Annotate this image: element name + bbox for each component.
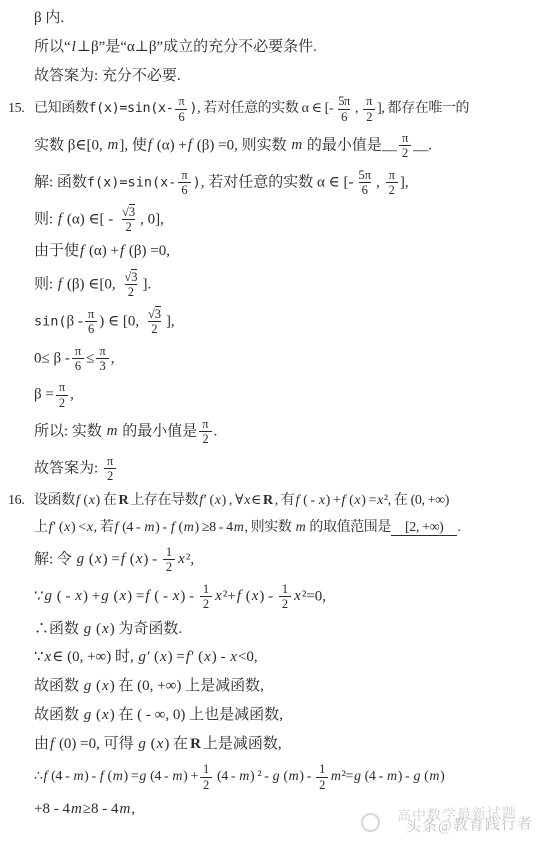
math-variable: m: [386, 769, 398, 784]
text-segment: ′ (: [147, 649, 159, 665]
text-segment: ) -: [155, 520, 170, 535]
text-segment: ) +: [83, 588, 100, 604]
answer-blank: [2, +∞): [391, 520, 457, 536]
text-segment: (: [92, 678, 101, 694]
text-segment: ) =: [124, 769, 139, 784]
math-variable: m: [233, 520, 245, 535]
text-segment: (: [85, 551, 94, 567]
fraction: π2: [199, 417, 211, 447]
text-segment: ( -: [53, 588, 74, 604]
math-variable: g: [83, 678, 93, 694]
text-segment: ) =: [168, 649, 185, 665]
text-segment: ) -: [212, 649, 230, 665]
text-line: 上f′ (x) <x, 若f (4 - m) - f (m) ≥8 - 4m, …: [34, 518, 531, 538]
text-segment: <0,: [238, 649, 258, 665]
text-segment: ) -: [299, 769, 314, 784]
fraction: 12: [200, 582, 212, 612]
fraction: π6: [178, 168, 190, 198]
text-segment: ) 在 ( - ∞, 0) 上也是减函数,: [110, 707, 283, 723]
fraction: π6: [175, 94, 187, 124]
text-segment: ) 为奇函数.: [110, 621, 183, 637]
math-variable: x: [318, 493, 326, 508]
math-function-text: ): [189, 100, 197, 116]
text-segment: ≥8 - 4: [83, 801, 119, 817]
text-line: ∴f (4 - m) - f (m) =g (4 - m) +12 (4 - m…: [34, 762, 531, 792]
text-segment: ∵: [34, 649, 44, 665]
text-segment: β =: [34, 387, 54, 403]
text-segment: (4 -: [362, 769, 386, 784]
text-segment: ) <: [71, 520, 86, 535]
text-segment: (β) =0,: [125, 243, 170, 259]
text-segment: ) ² -: [250, 769, 272, 784]
text-segment: (: [80, 493, 87, 508]
text-segment: β 内.: [34, 10, 64, 26]
math-variable: x: [101, 621, 110, 637]
text-segment: (4 -: [214, 769, 238, 784]
text-segment: 实数 β∈[0,: [34, 137, 106, 153]
text-segment: ) , ∀: [222, 493, 244, 508]
text-segment: (: [280, 769, 287, 784]
text-segment: ) -: [180, 588, 198, 604]
text-segment: , 若对任意的实数 α ∈ [-: [197, 101, 333, 116]
fraction: 12: [316, 762, 328, 792]
text-segment: , 若: [94, 520, 114, 535]
text-segment: 所以: 实数: [34, 423, 106, 439]
text-segment: ,: [131, 801, 135, 817]
math-variable: x: [74, 588, 83, 604]
math-variable: x: [63, 520, 71, 535]
text-line: 故答案为: π2: [34, 454, 531, 484]
text-segment: 故函数: [34, 707, 83, 723]
math-function-text: f(x)=sin(x-: [88, 100, 173, 116]
math-variable: g: [272, 769, 281, 784]
math-variable: m: [106, 137, 119, 153]
text-segment: 故答案为: 充分不必要.: [34, 68, 181, 84]
text-segment: ) -: [259, 588, 277, 604]
text-segment: ²=: [342, 769, 353, 784]
text-segment: (: [92, 707, 101, 723]
fraction-sqrt: √32: [145, 307, 164, 337]
math-set-symbol: R: [261, 493, 275, 508]
text-segment: ∴: [34, 769, 43, 784]
text-segment: ): [440, 769, 444, 784]
text-line: 解: 令 g (x) =f (x) - 12x²,: [34, 545, 531, 575]
question-number: 15.: [8, 99, 34, 119]
fraction: π2: [56, 380, 68, 410]
text-segment: ≤: [86, 350, 94, 366]
math-set-symbol: R: [188, 736, 203, 752]
math-variable: x: [177, 551, 186, 567]
math-variable: m: [290, 137, 303, 153]
fraction: 12: [279, 582, 291, 612]
text-line: 故函数 g (x) 在 (0, +∞) 上是减函数,: [34, 676, 531, 698]
text-segment: ,: [70, 387, 74, 403]
fraction: π3: [96, 344, 108, 374]
math-set-symbol: R: [116, 493, 130, 508]
text-segment: 已知函数: [34, 101, 88, 116]
math-variable: g: [76, 551, 86, 567]
math-variable: m: [183, 520, 195, 535]
math-variable: x: [214, 493, 222, 508]
text-segment: ) =: [103, 551, 120, 567]
fraction: 5π6: [356, 168, 375, 198]
math-variable: g: [100, 588, 110, 604]
text-segment: ²,: [186, 551, 194, 567]
text-segment: ²=0,: [302, 588, 326, 604]
text-segment: ].: [142, 276, 151, 292]
math-variable: g: [44, 588, 54, 604]
text-segment: ², 在 (0, +∞): [384, 493, 449, 508]
math-variable: g: [353, 769, 362, 784]
text-line: 故答案为: 充分不必要.: [34, 66, 531, 88]
fraction: 12: [163, 545, 175, 575]
math-function-text: ): [193, 174, 201, 190]
text-segment: (: [92, 621, 101, 637]
text-segment: , 若对任意的实数 α ∈ [-: [201, 174, 354, 190]
math-variable: x: [94, 551, 103, 567]
text-segment: 由: [34, 736, 49, 752]
fraction: 5π6: [335, 94, 353, 124]
text-segment: ) =: [127, 588, 144, 604]
math-variable: x: [159, 649, 168, 665]
math-variable: x: [203, 649, 212, 665]
text-line: 由f (0) =0, 可得 g (x) 在R上是减函数,: [34, 734, 531, 756]
text-segment: +8 - 4: [34, 801, 70, 817]
text-segment: ) +: [326, 493, 341, 508]
text-segment: 的最小值是: [303, 137, 382, 153]
text-line: 由于使f (α) +f (β) =0,: [34, 241, 531, 263]
text-segment: ′ (: [53, 520, 63, 535]
text-segment: ) 在: [96, 493, 117, 508]
text-segment: 上存在导数: [130, 493, 198, 508]
text-segment: ∴函数: [34, 621, 83, 637]
text-segment: (: [147, 736, 156, 752]
fraction: π2: [363, 94, 375, 124]
math-function-text: sin(: [34, 313, 67, 329]
text-segment: ′ (: [204, 493, 214, 508]
text-line: 故函数 g (x) 在 ( - ∞, 0) 上也是减函数,: [34, 705, 531, 727]
math-variable: m: [330, 769, 342, 784]
text-segment: 解: 令: [34, 551, 76, 567]
text-segment: 由于使: [34, 243, 79, 259]
text-segment: β -: [67, 313, 83, 329]
text-segment: 则:: [34, 211, 57, 227]
fraction: 12: [200, 762, 212, 792]
math-function-text: f(x)=sin(x-: [87, 174, 176, 190]
text-segment: (α) +: [153, 137, 187, 153]
text-segment: ],: [166, 313, 175, 329]
text-segment: 故答案为:: [34, 460, 102, 476]
math-variable: x: [376, 493, 384, 508]
text-segment: ∈ (0, +∞) 时,: [52, 649, 137, 665]
math-variable: g: [137, 649, 147, 665]
math-variable: x: [118, 588, 127, 604]
text-segment: ′ (: [191, 649, 203, 665]
math-variable: m: [288, 769, 300, 784]
math-variable: x: [293, 588, 302, 604]
text-segment: ∈: [251, 493, 261, 508]
text-line: ∴函数 g (x) 为奇函数.: [34, 619, 531, 641]
text-segment: ) -: [84, 769, 99, 784]
text-line: 15.已知函数f(x)=sin(x-π6), 若对任意的实数 α ∈ [-5π6…: [34, 94, 531, 124]
text-segment: (: [126, 551, 135, 567]
text-segment: 则:: [34, 276, 57, 292]
text-segment: , 0],: [140, 211, 164, 227]
math-variable: m: [119, 801, 132, 817]
text-segment: 解: 函数: [34, 174, 87, 190]
text-line: 实数 β∈[0, m], 使f (α) +f (β) =0, 则实数 m 的最小…: [34, 131, 531, 161]
fraction: π2: [386, 168, 398, 198]
math-variable: m: [112, 769, 124, 784]
fraction-sqrt: √32: [121, 270, 140, 300]
text-line: 0≤ β -π6≤π3,: [34, 344, 531, 374]
text-segment: 所以“: [34, 39, 71, 55]
math-variable: x: [229, 649, 238, 665]
text-segment: (4 -: [48, 769, 72, 784]
text-line: 则: f (α) ∈[ - √32, 0],: [34, 205, 531, 235]
math-variable: m: [143, 520, 155, 535]
text-segment: (4 -: [119, 520, 143, 535]
fraction: π6: [85, 307, 97, 337]
text-segment: ) ≥8 - 4: [194, 520, 232, 535]
text-segment: (α) +: [85, 243, 119, 259]
math-variable: x: [101, 678, 110, 694]
text-segment: 上: [34, 520, 48, 535]
text-segment: __.: [413, 137, 432, 153]
math-variable: x: [214, 588, 223, 604]
math-variable: x: [101, 707, 110, 723]
text-segment: .: [457, 520, 460, 535]
text-segment: (: [242, 588, 251, 604]
text-line: 所以“l⊥β”是“α⊥β”成立的充分不必要条件.: [34, 37, 531, 59]
text-segment: 0≤ β -: [34, 350, 70, 366]
text-segment: 的最小值是: [119, 423, 198, 439]
text-segment: ,: [355, 101, 361, 116]
math-variable: m: [295, 520, 307, 535]
math-variable: x: [88, 493, 96, 508]
text-segment: 上是减函数,: [203, 736, 282, 752]
text-segment: ) -: [143, 551, 161, 567]
fraction: π6: [72, 344, 84, 374]
text-segment: 故函数: [34, 678, 83, 694]
math-variable: m: [106, 423, 119, 439]
text-segment: ) =: [361, 493, 376, 508]
text-line: 则: f (β) ∈[0, √32].: [34, 270, 531, 300]
math-variable: g: [138, 769, 147, 784]
math-variable: g: [412, 769, 421, 784]
math-variable: x: [44, 649, 53, 665]
text-segment: 设函数: [34, 493, 75, 508]
text-segment: ) ∈ [0,: [99, 313, 143, 329]
text-segment: ,: [376, 174, 384, 190]
text-segment: (: [104, 769, 111, 784]
text-segment: (β) =0, 则实数: [193, 137, 290, 153]
text-line: 16.设函数f (x) 在R上存在导数f′ (x) , ∀x∈R, 有f ( -…: [34, 491, 531, 511]
math-variable: g: [137, 736, 147, 752]
text-line: 解: 函数f(x)=sin(x-π6), 若对任意的实数 α ∈ [-5π6, …: [34, 168, 531, 198]
text-segment: ,: [111, 350, 115, 366]
text-segment: ) 在: [164, 736, 188, 752]
fraction-sqrt: √32: [119, 205, 138, 235]
text-segment: ],: [400, 174, 409, 190]
math-variable: x: [86, 520, 94, 535]
math-variable: m: [70, 801, 83, 817]
text-segment: ∵: [34, 588, 44, 604]
document-body: β 内.所以“l⊥β”是“α⊥β”成立的充分不必要条件.故答案为: 充分不必要.…: [0, 0, 543, 821]
math-variable: m: [72, 769, 84, 784]
text-segment: .: [214, 423, 218, 439]
math-variable: x: [243, 493, 251, 508]
text-segment: (β) ∈[0,: [63, 276, 119, 292]
text-segment: ) +: [183, 769, 198, 784]
math-variable: m: [171, 769, 183, 784]
math-variable: m: [428, 769, 440, 784]
text-segment: ], 都存在唯一的: [377, 101, 469, 116]
fraction: π2: [104, 454, 116, 484]
text-segment: ) 在 (0, +∞) 上是减函数,: [110, 678, 264, 694]
text-line: 所以: 实数 m 的最小值是π2.: [34, 417, 531, 447]
text-segment: ) -: [398, 769, 413, 784]
text-segment: , 则实数: [244, 520, 294, 535]
math-variable: g: [83, 707, 93, 723]
text-segment: (α) ∈[ -: [63, 211, 117, 227]
math-variable: m: [238, 769, 250, 784]
text-segment: ], 使: [119, 137, 147, 153]
text-segment: 的取值范围是: [306, 520, 391, 535]
math-variable: g: [83, 621, 93, 637]
text-line: β 内.: [34, 8, 531, 30]
fraction: π2: [399, 131, 411, 161]
text-segment: ⊥β”是“α⊥β”成立的充分不必要条件.: [77, 39, 317, 55]
text-segment: (4 -: [147, 769, 171, 784]
text-segment: ( -: [300, 493, 318, 508]
text-segment: , 有: [275, 493, 295, 508]
text-segment: (0) =0, 可得: [55, 736, 137, 752]
question-number: 16.: [8, 491, 34, 511]
text-segment: ²+: [223, 588, 236, 604]
text-segment: (: [175, 520, 182, 535]
text-segment: __: [382, 137, 397, 153]
text-line: ∵x∈ (0, +∞) 时, g′ (x) =f′ (x) - x<0,: [34, 647, 531, 669]
text-line: ∵g ( - x) +g (x) =f ( - x) - 12x²+f (x) …: [34, 582, 531, 612]
text-segment: ( -: [151, 588, 172, 604]
text-line: +8 - 4m≥8 - 4m,: [34, 799, 531, 821]
text-line: β =π2,: [34, 380, 531, 410]
math-variable: x: [156, 736, 165, 752]
text-line: sin(β -π6) ∈ [0, √32],: [34, 307, 531, 337]
